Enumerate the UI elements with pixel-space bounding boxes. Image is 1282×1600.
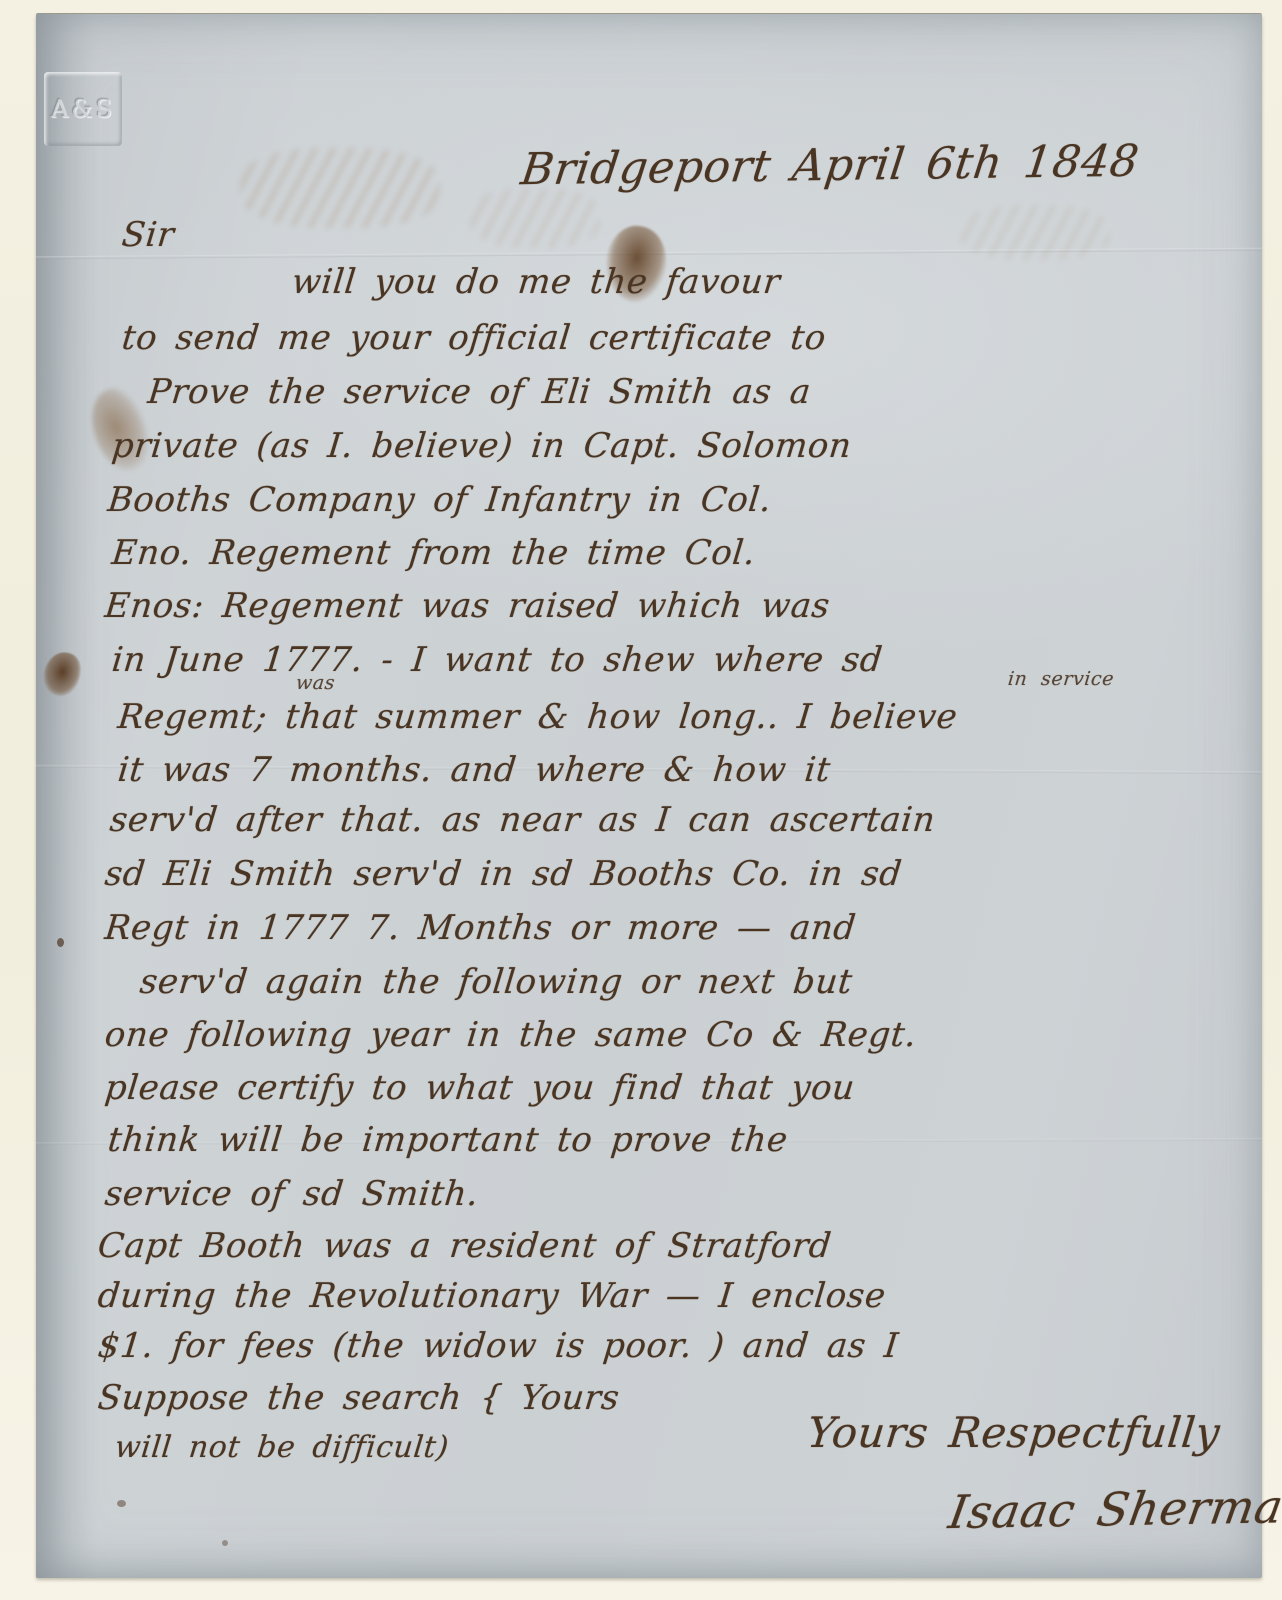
ink-bleedthrough-mark <box>240 148 440 228</box>
body-line: Capt Booth was a resident of Stratford <box>96 1226 834 1266</box>
body-line: think will be important to prove the <box>106 1120 790 1160</box>
closing: Yours Respectfully <box>637 1408 1222 1457</box>
body-line: Booths Company of Infantry in Col. <box>106 480 774 520</box>
interlinear-insertion: in service <box>1007 668 1115 690</box>
body-line: $1. for fees (the widow is poor. ) and a… <box>96 1326 901 1366</box>
body-line: Suppose the search { Yours <box>96 1378 622 1418</box>
body-line: Prove the service of Eli Smith as a <box>146 372 813 412</box>
body-line: Enos: Regement was raised which was <box>103 586 832 626</box>
body-line: private (as I. believe) in Capt. Solomon <box>110 426 854 466</box>
body-line: Regemt; that summer & how long.. I belie… <box>116 697 960 737</box>
body-line: one following year in the same Co & Regt… <box>103 1015 919 1055</box>
ink-bleedthrough-mark <box>470 188 600 248</box>
body-line: it was 7 months. and where & how it <box>116 750 833 790</box>
body-line: in June 1777. - I want to shew where sd <box>110 640 885 680</box>
scanned-letter-photo: A&S Bridgeport April 6th 1848 Sir will y… <box>0 0 1282 1600</box>
signature: Isaac Sherman <box>945 1479 1282 1539</box>
salutation: Sir <box>120 215 176 255</box>
body-line: during the Revolutionary War — I enclose <box>96 1276 888 1316</box>
ink-bleedthrough-mark <box>960 205 1110 260</box>
body-line: Regt in 1777 7. Months or more — and <box>103 908 858 948</box>
body-line: will not be difficult) <box>113 1430 450 1465</box>
body-line: Eno. Regement from the time Col. <box>110 533 758 573</box>
body-line: serv'd again the following or next but <box>138 962 855 1002</box>
body-line: sd Eli Smith serv'd in sd Booths Co. in … <box>103 854 904 894</box>
body-line: please certify to what you find that you <box>103 1068 857 1108</box>
left-fold-shading <box>36 14 98 1578</box>
body-line: will you do me the favour <box>290 262 783 302</box>
body-line: serv'd after that. as near as I can asce… <box>108 800 937 840</box>
interlinear-insertion: was <box>295 672 336 694</box>
body-line: service of sd Smith. <box>103 1174 481 1214</box>
embossed-paper-seal: A&S <box>44 72 122 146</box>
body-line: to send me your official certificate to <box>120 318 828 358</box>
